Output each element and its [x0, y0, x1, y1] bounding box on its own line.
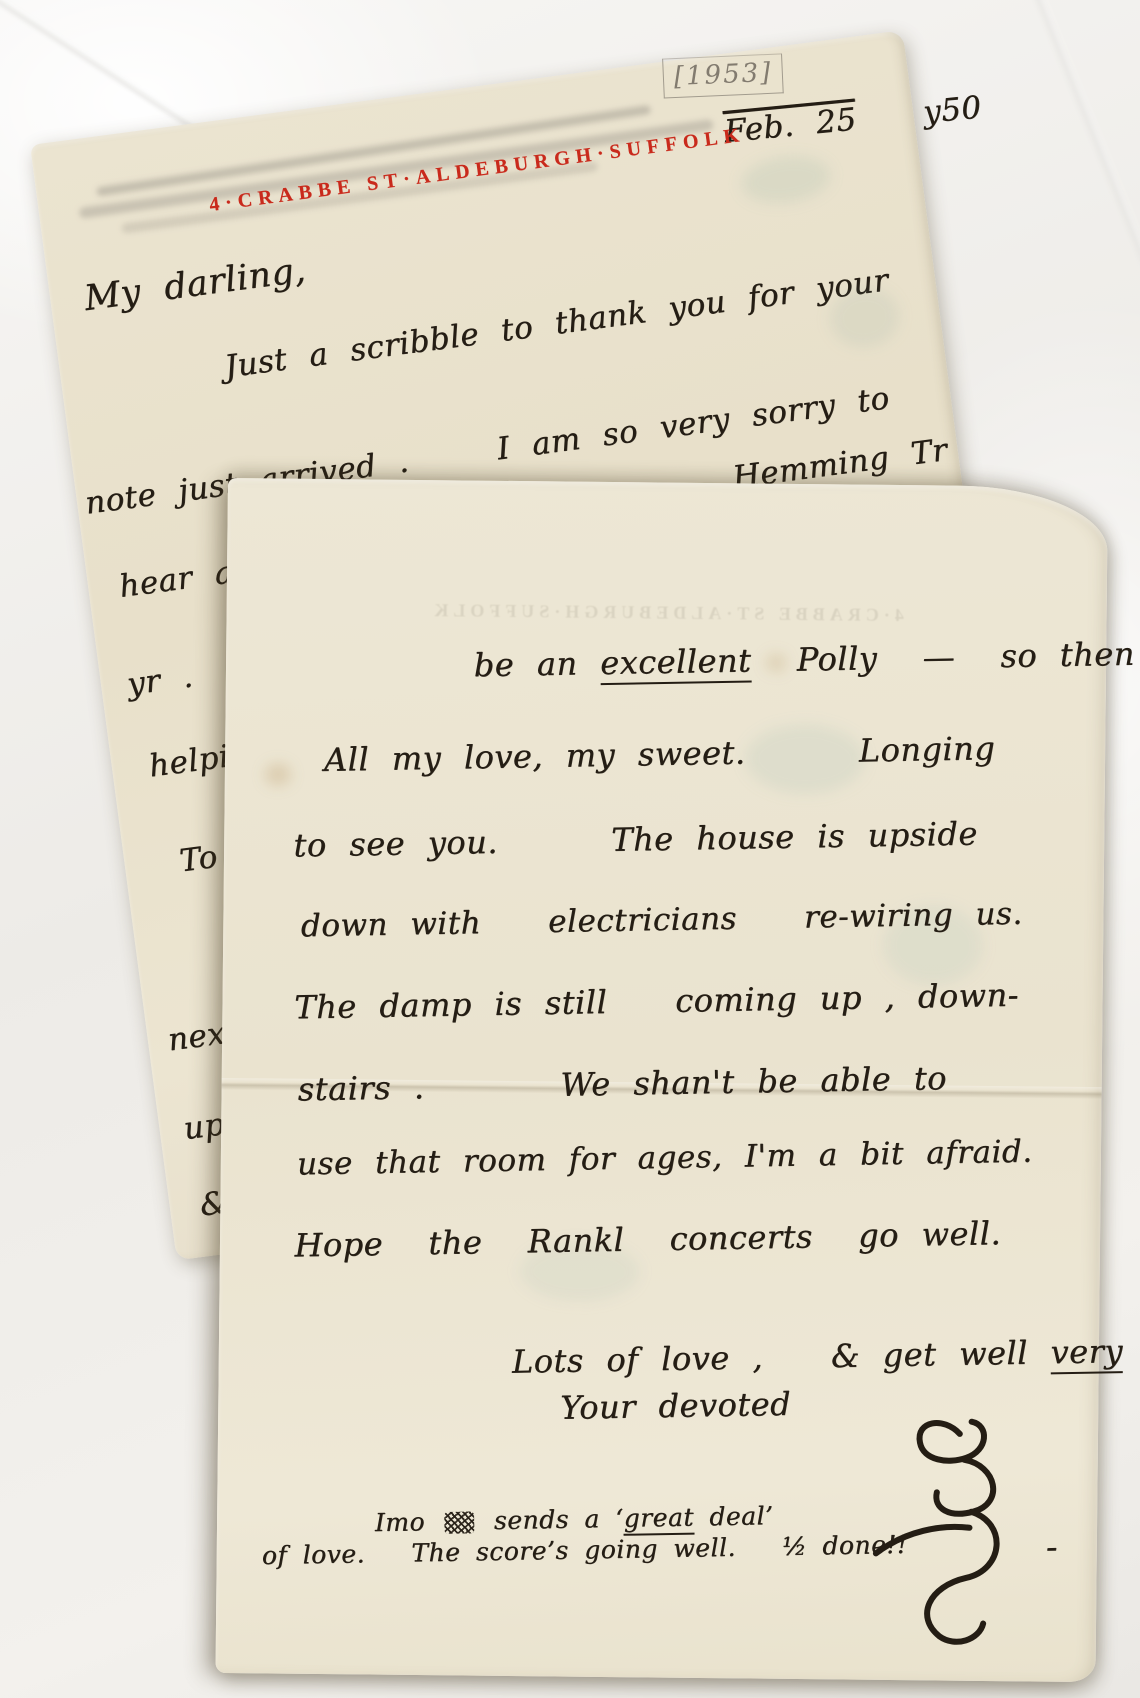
handwritten-line: All my love, my sweet. Longing [324, 729, 996, 779]
signature-dash: - [1045, 1527, 1058, 1567]
letter-page-2: 4·CRABBE ST·ALDEBURGH·SUFFOLK be an exce… [215, 478, 1107, 1682]
handwritten-line: Hope the Rankl concerts go well. [294, 1214, 1001, 1264]
date-scrawl: y50 [922, 89, 984, 130]
handwritten-line: be an excellent Polly — so then !! [291, 596, 1140, 726]
line-text: soon . [1123, 1330, 1140, 1370]
crossed-out-word [444, 1511, 474, 1534]
line-text: Lots of love , & get well [512, 1333, 1051, 1380]
handwritten-line: stairs . We shan't be able to [297, 1059, 947, 1108]
photograph-backdrop: [1953] Feb. 25 y50 4·CRABBE ST·ALDEBURGH… [0, 0, 1140, 1698]
handwritten-line: to see you. The house is upside [293, 815, 978, 865]
letter-body: be an excellent Polly — so then !! All m… [219, 464, 1120, 1674]
handwritten-line: down with electricians re-wiring us. [301, 896, 1023, 945]
valediction: Your devoted [560, 1385, 791, 1427]
line-text: sends a ‘ [478, 1504, 624, 1536]
handwritten-line: The damp is still coming up , down- [294, 976, 1019, 1027]
salutation: My darling, [82, 250, 308, 319]
line-text: be an [473, 644, 600, 684]
handwritten-line: Just a scribble to thank you for your [222, 262, 890, 385]
line-text: Polly — so then !! [751, 634, 1140, 680]
underlined-word: great [623, 1503, 694, 1536]
signature-flourish [863, 1411, 1037, 1664]
line-text: deal’ [694, 1501, 774, 1531]
handwriting-fragment: up [181, 1106, 226, 1147]
underlined-word: very [1050, 1332, 1123, 1374]
backdrop-crease [1031, 0, 1140, 263]
line-text: Imo [375, 1507, 441, 1537]
handwritten-line: use that room for ages, I'm a bit afraid… [297, 1134, 1033, 1183]
underlined-word: excellent [600, 641, 752, 685]
